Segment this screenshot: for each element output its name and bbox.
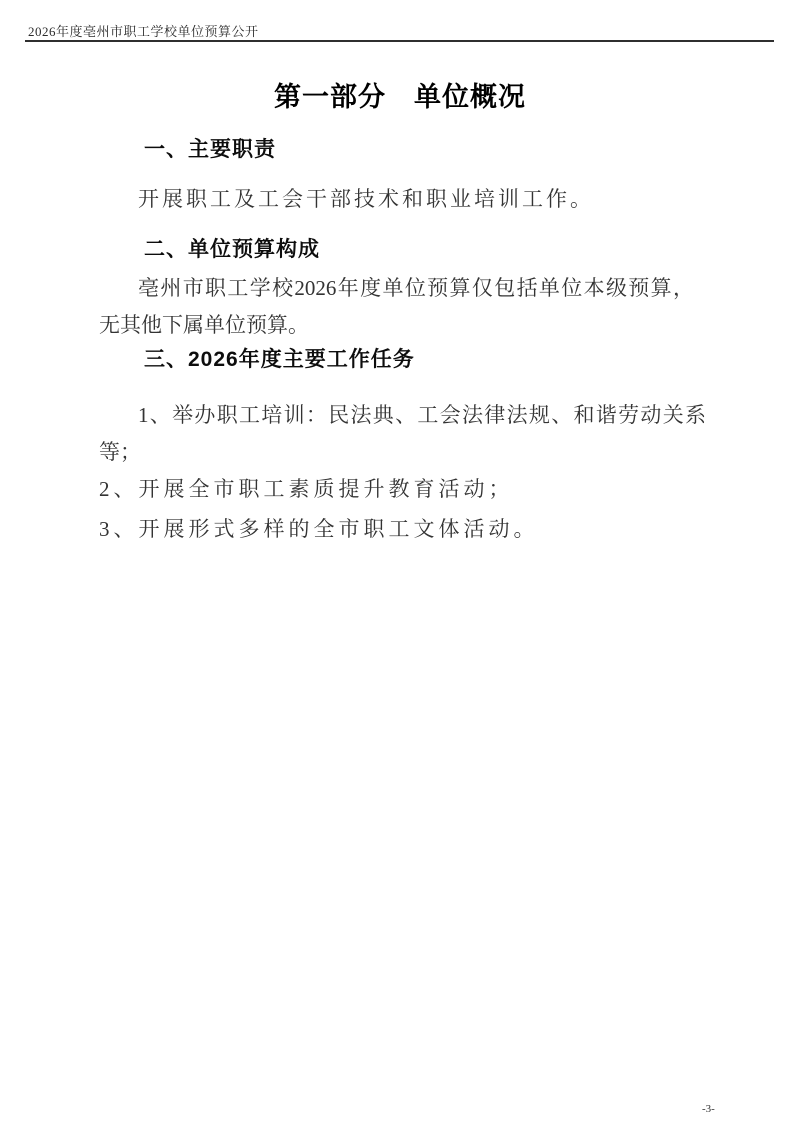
- paragraph-line: 亳州市职工学校2026年度单位预算仅包括单位本级预算，: [138, 277, 694, 303]
- header-rule: [25, 40, 774, 42]
- paragraph-line: 开展职工及工会干部技术和职业培训工作。: [138, 188, 594, 211]
- section-heading-3: 三、2026年度主要工作任务: [144, 349, 415, 371]
- page-number: -3-: [702, 1104, 715, 1115]
- page-header-title: 2026年度亳州市职工学校单位预算公开: [28, 25, 259, 38]
- paragraph-line: 等；: [99, 441, 141, 464]
- section-heading-2: 二、单位预算构成: [144, 239, 320, 261]
- section-heading-1: 一、主要职责: [144, 139, 276, 161]
- document-page: 2026年度亳州市职工学校单位预算公开 第一部分 单位概况 一、主要职责 开展职…: [0, 0, 800, 1132]
- paragraph-line: 3、开展形式多样的全市职工文体活动。: [99, 518, 539, 541]
- paragraph-line: 无其他下属单位预算。: [99, 314, 309, 337]
- paragraph-line: 1、举办职工培训：民法典、工会法律法规、和谐劳动关系: [138, 404, 706, 430]
- paragraph-line: 2、开展全市职工素质提升教育活动；: [99, 478, 514, 501]
- document-title: 第一部分 单位概况: [0, 83, 800, 111]
